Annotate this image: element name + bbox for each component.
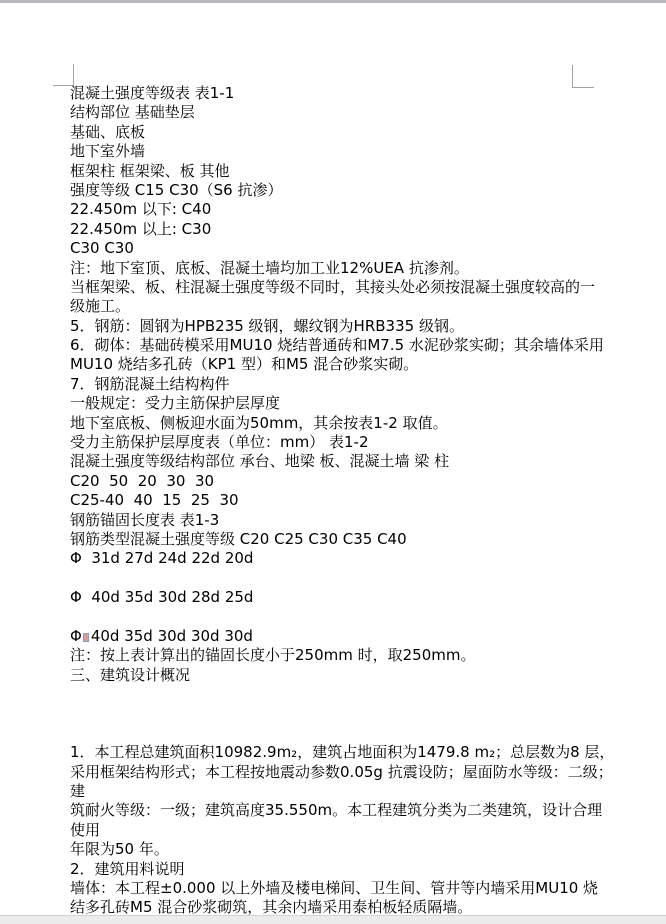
text-line: 墙体：本工程±0.000 以上外墙及楼电梯间、卫生间、管井等内墙采用MU10 烧 [70, 879, 615, 898]
text-line: 年限为50 年。 [70, 840, 615, 859]
text-line: Φ40d 35d 30d 30d 30d [70, 627, 615, 646]
text-line: 1．本工程总建筑面积10982.9m₂，建筑占地面积为1479.8 m₂；总层数… [70, 743, 615, 762]
text-line: C20 50 20 30 30 [70, 472, 615, 491]
text-line: 筑耐火等级：一级；建筑高度35.550m。本工程建筑分类为二类建筑，设计合理 [70, 801, 615, 820]
window-bottom-edge [0, 915, 666, 924]
text-line: 强度等级 C15 C30（S6 抗渗） [70, 181, 615, 200]
text-line: Φ 31d 27d 24d 22d 20d [70, 549, 615, 568]
text-line: MU10 烧结多孔砖（KP1 型）和M5 混合砂浆实砌。 [70, 355, 615, 374]
text-line [70, 705, 615, 724]
text-line [70, 569, 615, 588]
document-window: 混凝土强度等级表 表1-1结构部位 基础垫层基础、底板地下室外墙框架柱 框架梁、… [0, 0, 666, 924]
text-line: 注：地下室顶、底板、混凝土墙均加工业12%UEA 抗渗剂。 [70, 259, 615, 278]
text-line [70, 685, 615, 704]
text-boundary-mark-top-left [53, 64, 74, 86]
text-line: 22.450m 以下: C40 [70, 200, 615, 219]
text-line: 一般规定：受力主筋保护层厚度 [70, 394, 615, 413]
text-line: 受力主筋保护层厚度表（单位：mm） 表1-2 [70, 433, 615, 452]
text-line: C25-40 40 15 25 30 [70, 491, 615, 510]
text-line: 地下室底板、侧板迎水面为50mm，其余按表1-2 取值。 [70, 414, 615, 433]
text-line: 采用框架结构形式；本工程按地震动参数0.05g 抗震设防；屋面防水等级：二级； [70, 763, 615, 782]
text-line [70, 608, 615, 627]
text-line: 建 [70, 782, 615, 801]
text-line: 三、建筑设计概况 [70, 666, 615, 685]
text-line: 框架柱 框架梁、板 其他 [70, 162, 615, 181]
text-line: 7．钢筋混凝土结构构件 [70, 375, 615, 394]
document-text[interactable]: 混凝土强度等级表 表1-1结构部位 基础垫层基础、底板地下室外墙框架柱 框架梁、… [70, 84, 615, 918]
text-line: 当框架梁、板、柱混凝土强度等级不同时，其接头处必须按混凝土强度较高的一 [70, 278, 615, 297]
text-line: 5．钢筋：圆钢为HPB235 级钢，螺纹钢为HRB335 级钢。 [70, 317, 615, 336]
text-line: 基础、底板 [70, 123, 615, 142]
text-line: 级施工。 [70, 297, 615, 316]
text-line: C30 C30 [70, 239, 615, 258]
text-line: 地下室外墙 [70, 142, 615, 161]
text-line: 混凝土强度等级表 表1-1 [70, 84, 615, 103]
text-line [70, 724, 615, 743]
text-line: 6．砌体：基础砖模采用MU10 烧结普通砖和M7.5 水泥砂浆实砌；其余墙体采用 [70, 336, 615, 355]
text-line: 22.450m 以上: C30 [70, 220, 615, 239]
text-line: 注：按上表计算出的锚固长度小于250mm 时，取250mm。 [70, 646, 615, 665]
text-line: 钢筋锚固长度表 表1-3 [70, 511, 615, 530]
text-line: 使用 [70, 821, 615, 840]
text-line: 混凝土强度等级结构部位 承台、地梁 板、混凝土墙 梁 柱 [70, 452, 615, 471]
text-line: Φ 40d 35d 30d 28d 25d [70, 588, 615, 607]
text-line: 2．建筑用料说明 [70, 860, 615, 879]
missing-glyph-icon [83, 633, 89, 642]
text-line: 结构部位 基础垫层 [70, 103, 615, 122]
window-top-edge [0, 0, 666, 3]
text-line: 钢筋类型混凝土强度等级 C20 C25 C30 C35 C40 [70, 530, 615, 549]
